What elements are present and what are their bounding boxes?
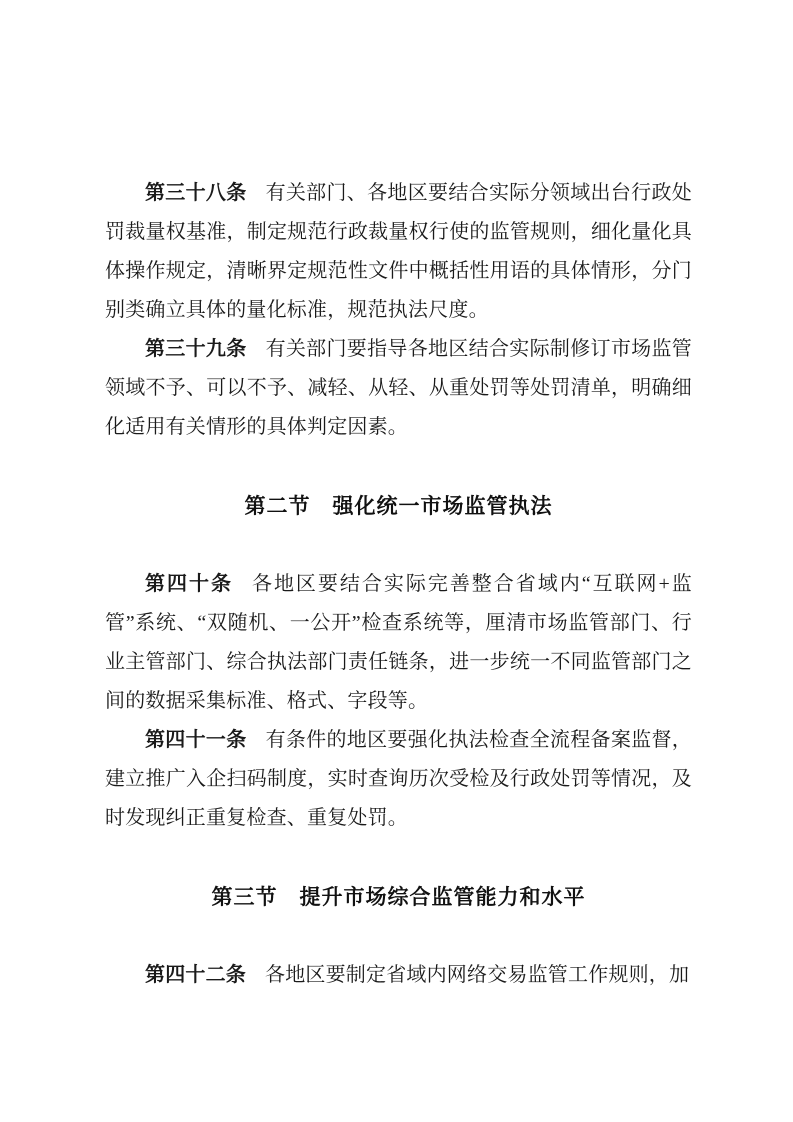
article-40: 第四十条各地区要结合实际完善整合省域内“互联网+监管”系统、“双随机、一公开”检… bbox=[105, 565, 692, 721]
article-42-text: 各地区要制定省域内网络交易监管工作规则，加 bbox=[265, 964, 689, 986]
article-42: 第四十二条各地区要制定省域内网络交易监管工作规则，加 bbox=[105, 956, 692, 995]
article-38: 第三十八条有关部门、各地区要结合实际分领域出台行政处罚裁量权基准，制定规范行政裁… bbox=[105, 174, 692, 330]
section-heading-2: 第二节 强化统一市场监管执法 bbox=[105, 487, 692, 526]
document-page: 第三十八条有关部门、各地区要结合实际分领域出台行政处罚裁量权基准，制定规范行政裁… bbox=[0, 0, 793, 1122]
article-39-number: 第三十九条 bbox=[145, 338, 247, 360]
article-38-number: 第三十八条 bbox=[145, 182, 247, 204]
article-41-number: 第四十一条 bbox=[145, 729, 247, 751]
article-40-number: 第四十条 bbox=[145, 573, 233, 595]
article-39: 第三十九条有关部门要指导各地区结合实际制修订市场监管领域不予、可以不予、减轻、从… bbox=[105, 330, 692, 447]
document-content: 第三十八条有关部门、各地区要结合实际分领域出台行政处罚裁量权基准，制定规范行政裁… bbox=[105, 174, 692, 995]
article-41: 第四十一条有条件的地区要强化执法检查全流程备案监督，建立推广入企扫码制度，实时查… bbox=[105, 721, 692, 838]
section-heading-3: 第三节 提升市场综合监管能力和水平 bbox=[105, 878, 692, 917]
article-42-number: 第四十二条 bbox=[145, 964, 246, 986]
